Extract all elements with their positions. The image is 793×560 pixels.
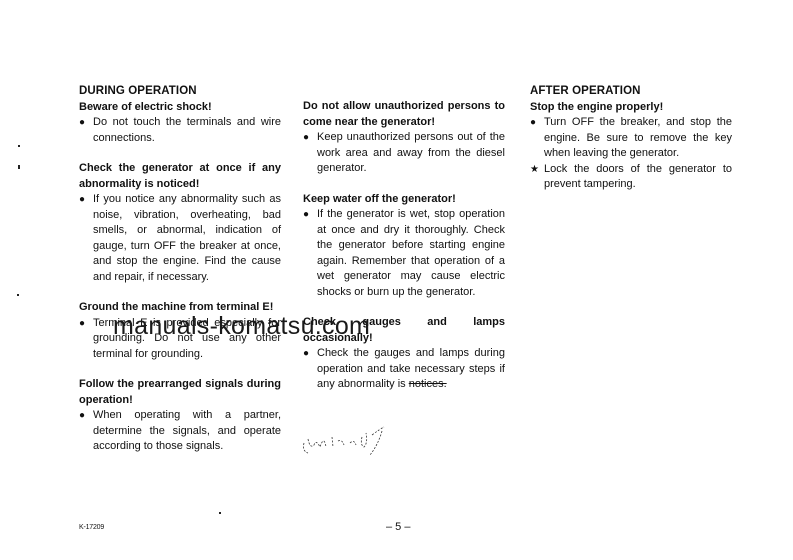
item-text: If the generator is wet, stop operation … xyxy=(317,208,505,298)
list-item: ● Check the gauges and lamps during oper… xyxy=(303,346,505,393)
list-item: ● If the generator is wet, stop operatio… xyxy=(303,207,505,300)
bullet-dot-icon: ● xyxy=(303,207,315,223)
bullet-dot-icon: ● xyxy=(530,115,542,131)
item-text: If you notice any abnormality such as no… xyxy=(93,193,281,283)
list-item: ● Keep unauthorized persons out of the w… xyxy=(303,130,505,177)
bullet-star-icon: ★ xyxy=(530,162,542,178)
section-title-during-operation: DURING OPERATION xyxy=(79,84,281,100)
handwritten-correction: noticed xyxy=(300,425,400,465)
scan-speck xyxy=(219,512,221,514)
list-item: ★ Lock the doors of the generator to pre… xyxy=(530,162,732,193)
item-text: Keep unauthorized persons out of the wor… xyxy=(317,131,505,174)
item-text: When operating with a partner, determine… xyxy=(93,409,281,452)
section-title-after-operation: AFTER OPERATION xyxy=(530,84,732,100)
item-text: Turn OFF the breaker, and stop the engin… xyxy=(544,116,732,159)
item-text: Do not touch the terminals and wire conn… xyxy=(93,116,281,144)
heading-stop-engine: Stop the engine properly! xyxy=(530,100,732,116)
list-item: ● Turn OFF the breaker, and stop the eng… xyxy=(530,115,732,162)
column-during-operation: DURING OPERATION Beware of electric shoc… xyxy=(79,84,281,455)
list-item: ● When operating with a partner, determi… xyxy=(79,408,281,455)
struck-text: notices. xyxy=(409,378,447,390)
bullet-dot-icon: ● xyxy=(79,192,91,208)
heading-unauthorized-persons: Do not allow unauthorized persons to com… xyxy=(303,99,505,130)
bullet-dot-icon: ● xyxy=(79,115,91,131)
bullet-dot-icon: ● xyxy=(79,408,91,424)
list-item: ● Do not touch the terminals and wire co… xyxy=(79,115,281,146)
scan-speck xyxy=(18,165,20,169)
item-text: Lock the doors of the generator to preve… xyxy=(544,163,732,191)
bullet-dot-icon: ● xyxy=(79,316,91,332)
heading-electric-shock: Beware of electric shock! xyxy=(79,100,281,116)
bullet-dot-icon: ● xyxy=(303,346,315,362)
heading-follow-signals: Follow the prearranged signals during op… xyxy=(79,377,281,408)
document-code: K-17209 xyxy=(79,524,104,531)
heading-check-generator: Check the generator at once if any abnor… xyxy=(79,161,281,192)
column-operation-continued: Do not allow unauthorized persons to com… xyxy=(303,99,505,393)
bullet-dot-icon: ● xyxy=(303,130,315,146)
watermark: manuals-komatsu.com xyxy=(113,312,370,341)
list-item: ● If you notice any abnormality such as … xyxy=(79,192,281,285)
page-number: – 5 – xyxy=(386,521,410,533)
heading-keep-water-off: Keep water off the generator! xyxy=(303,192,505,208)
column-after-operation: AFTER OPERATION Stop the engine properly… xyxy=(530,84,732,193)
scan-speck xyxy=(17,294,19,296)
scan-speck xyxy=(18,145,20,147)
